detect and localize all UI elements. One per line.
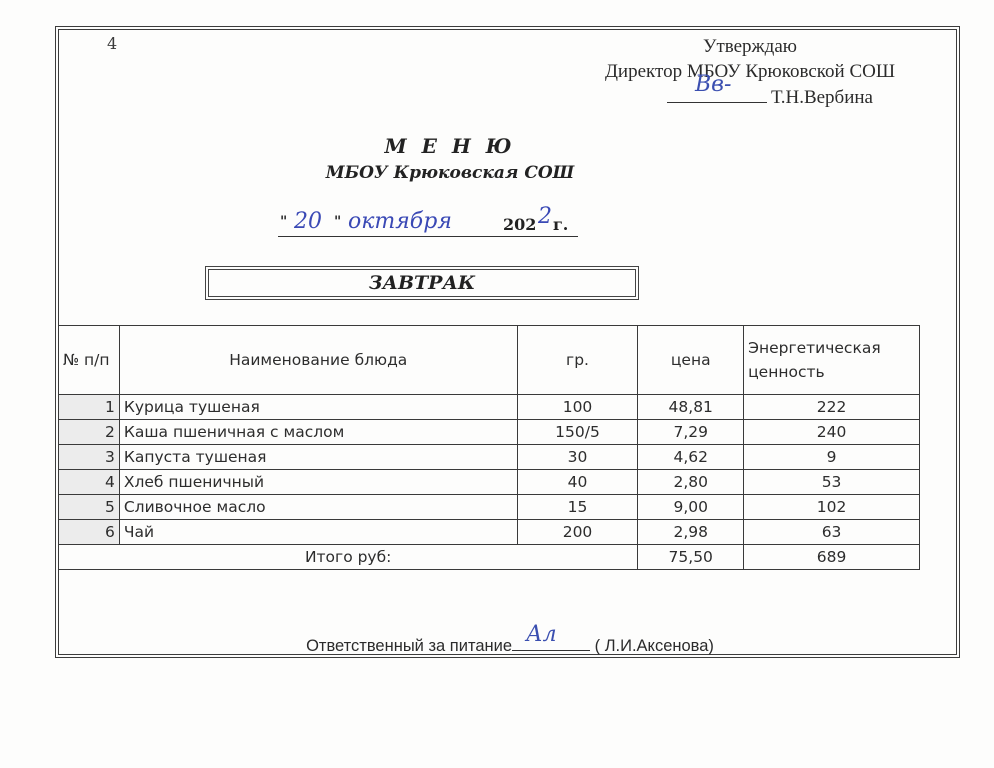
- row-dish-name: Капуста тушеная: [119, 445, 517, 470]
- responsible-signature: Ал: [526, 622, 557, 647]
- row-energy: 240: [744, 420, 920, 445]
- table-row: 6 Чай 200 2,98 63: [59, 520, 920, 545]
- row-weight: 40: [517, 470, 638, 495]
- signature-line: Ал: [512, 636, 590, 651]
- row-energy: 222: [744, 395, 920, 420]
- page-title: М Е Н Ю: [250, 134, 650, 158]
- row-price: 48,81: [638, 395, 744, 420]
- row-weight: 100: [517, 395, 638, 420]
- approval-heading: Утверждаю: [560, 34, 940, 59]
- table-row: 3 Капуста тушеная 30 4,62 9: [59, 445, 920, 470]
- date-year-suffix: г.: [553, 215, 568, 234]
- responsible-footer: Ответственный за питаниеАл ( Л.И.Аксенов…: [180, 636, 840, 656]
- row-num: 4: [59, 470, 120, 495]
- total-label: Итого руб:: [59, 545, 638, 570]
- row-dish-name: Хлеб пшеничный: [119, 470, 517, 495]
- responsible-name: ( Л.И.Аксенова): [595, 637, 714, 655]
- row-num: 2: [59, 420, 120, 445]
- row-weight: 30: [517, 445, 638, 470]
- row-weight: 200: [517, 520, 638, 545]
- director-name: Т.Н.Вербина: [771, 87, 873, 108]
- row-energy: 63: [744, 520, 920, 545]
- row-price: 2,80: [638, 470, 744, 495]
- row-num: 6: [59, 520, 120, 545]
- date-year-handwritten: 2: [538, 204, 552, 229]
- row-weight: 15: [517, 495, 638, 520]
- date-year: 202: [503, 215, 536, 234]
- date-open-quote: ": [280, 214, 287, 230]
- director-signature: Вв-: [695, 72, 731, 97]
- row-dish-name: Чай: [119, 520, 517, 545]
- menu-table: № п/п Наименование блюда гр. цена Энерге…: [58, 325, 920, 570]
- header-weight: гр.: [517, 326, 638, 395]
- total-price: 75,50: [638, 545, 744, 570]
- row-num: 1: [59, 395, 120, 420]
- row-dish-name: Сливочное масло: [119, 495, 517, 520]
- total-energy: 689: [744, 545, 920, 570]
- approval-block: Утверждаю Директор МБОУ Крюковской СОШ В…: [560, 34, 940, 110]
- approval-position: Директор МБОУ Крюковской СОШ: [560, 59, 940, 84]
- row-price: 7,29: [638, 420, 744, 445]
- table-row: 2 Каша пшеничная с маслом 150/5 7,29 240: [59, 420, 920, 445]
- responsible-label: Ответственный за питание: [306, 637, 512, 655]
- header-energy: Энергетическая ценность: [744, 326, 920, 395]
- row-num: 3: [59, 445, 120, 470]
- row-energy: 9: [744, 445, 920, 470]
- date-month: октября: [348, 209, 452, 234]
- approval-signature-row: Вв- Т.Н.Вербина: [560, 84, 940, 110]
- row-price: 4,62: [638, 445, 744, 470]
- row-dish-name: Каша пшеничная с маслом: [119, 420, 517, 445]
- date-close-quote: ": [334, 214, 341, 230]
- table-header-row: № п/п Наименование блюда гр. цена Энерге…: [59, 326, 920, 395]
- row-weight: 150/5: [517, 420, 638, 445]
- table-row: 4 Хлеб пшеничный 40 2,80 53: [59, 470, 920, 495]
- date-day: 20: [294, 209, 322, 234]
- row-energy: 53: [744, 470, 920, 495]
- row-num: 5: [59, 495, 120, 520]
- header-num: № п/п: [59, 326, 120, 395]
- row-price: 9,00: [638, 495, 744, 520]
- table-row: 1 Курица тушеная 100 48,81 222: [59, 395, 920, 420]
- row-energy: 102: [744, 495, 920, 520]
- header-price: цена: [638, 326, 744, 395]
- header-name: Наименование блюда: [119, 326, 517, 395]
- row-dish-name: Курица тушеная: [119, 395, 517, 420]
- table-row: 5 Сливочное масло 15 9,00 102: [59, 495, 920, 520]
- menu-date: " 20 " октября 202 2 г.: [278, 212, 578, 237]
- table-total-row: Итого руб: 75,50 689: [59, 545, 920, 570]
- meal-heading: ЗАВТРАК: [205, 266, 639, 300]
- school-name: МБОУ Крюковская СОШ: [250, 163, 650, 183]
- signature-line: Вв-: [667, 84, 767, 103]
- page-number: 4: [107, 34, 117, 53]
- row-price: 2,98: [638, 520, 744, 545]
